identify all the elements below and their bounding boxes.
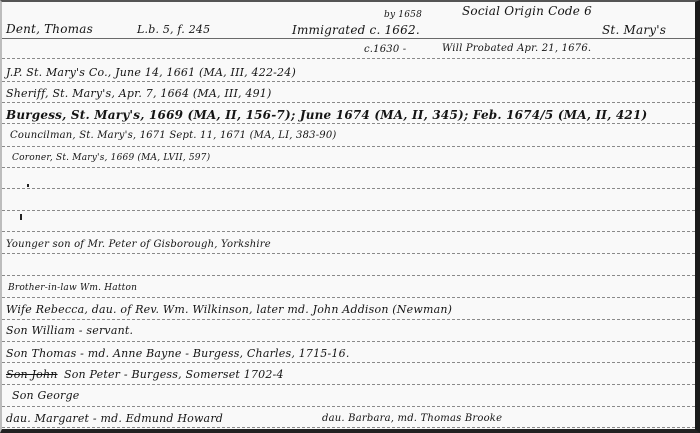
ruled-line (2, 167, 695, 168)
ruled-line (2, 231, 695, 232)
ruled-line (2, 297, 695, 298)
ruled-line (2, 384, 695, 385)
subject-name: Dent, Thomas (6, 22, 93, 36)
office-entry: Coroner, St. Mary's, 1669 (MA, LVII, 597… (12, 153, 210, 163)
ruled-line (2, 146, 695, 147)
social-origin-code: Social Origin Code 6 (462, 4, 592, 18)
ruled-line (2, 362, 695, 363)
birth-date: c.1630 - (364, 44, 406, 55)
ruled-line (2, 58, 695, 59)
ink-mark (20, 214, 22, 220)
family-struck-text: Son John (6, 368, 58, 381)
ruled-line (2, 188, 695, 189)
index-card: Dent, Thomas L.b. 5, f. 245 Immigrated c… (0, 0, 700, 433)
will-probated: Will Probated Apr. 21, 1676. (442, 43, 591, 54)
ruled-line (2, 123, 695, 124)
ruled-line (2, 253, 695, 254)
family-son-peter: Son Peter - Burgess, Somerset 1702-4 (64, 368, 284, 381)
office-entry: Sheriff, St. Mary's, Apr. 7, 1664 (MA, I… (6, 87, 271, 100)
ruled-line (2, 406, 695, 407)
ink-mark (27, 184, 29, 187)
family-dau-barbara: dau. Barbara, md. Thomas Brooke (322, 413, 502, 424)
family-wife: Wife Rebecca, dau. of Rev. Wm. Wilkinson… (6, 303, 452, 316)
origin-note: Younger son of Mr. Peter of Gisborough, … (6, 239, 271, 250)
record-reference: L.b. 5, f. 245 (137, 23, 210, 36)
ruled-line (2, 38, 695, 39)
ruled-line (2, 427, 695, 428)
office-entry: Councilman, St. Mary's, 1671 Sept. 11, 1… (10, 130, 337, 141)
ruled-line (2, 210, 695, 211)
county: St. Mary's (602, 23, 666, 37)
ruled-line (2, 81, 695, 82)
family-dau-margaret: dau. Margaret - md. Edmund Howard (6, 412, 223, 425)
family-son-thomas: Son Thomas - md. Anne Bayne - Burgess, C… (6, 347, 350, 360)
ruled-line (2, 341, 695, 342)
family-brother-in-law: Brother-in-law Wm. Hatton (8, 283, 137, 293)
family-son-william: Son William - servant. (6, 324, 133, 337)
ruled-line (2, 319, 695, 320)
office-entry: Burgess, St. Mary's, 1669 (MA, II, 156-7… (6, 108, 647, 122)
family-son-george: Son George (12, 389, 79, 402)
immigration-correction: by 1658 (384, 10, 422, 20)
ruled-line (2, 102, 695, 103)
immigration-note: Immigrated c. 1662. (292, 23, 420, 37)
office-entry: J.P. St. Mary's Co., June 14, 1661 (MA, … (6, 66, 296, 79)
ruled-line (2, 275, 695, 276)
